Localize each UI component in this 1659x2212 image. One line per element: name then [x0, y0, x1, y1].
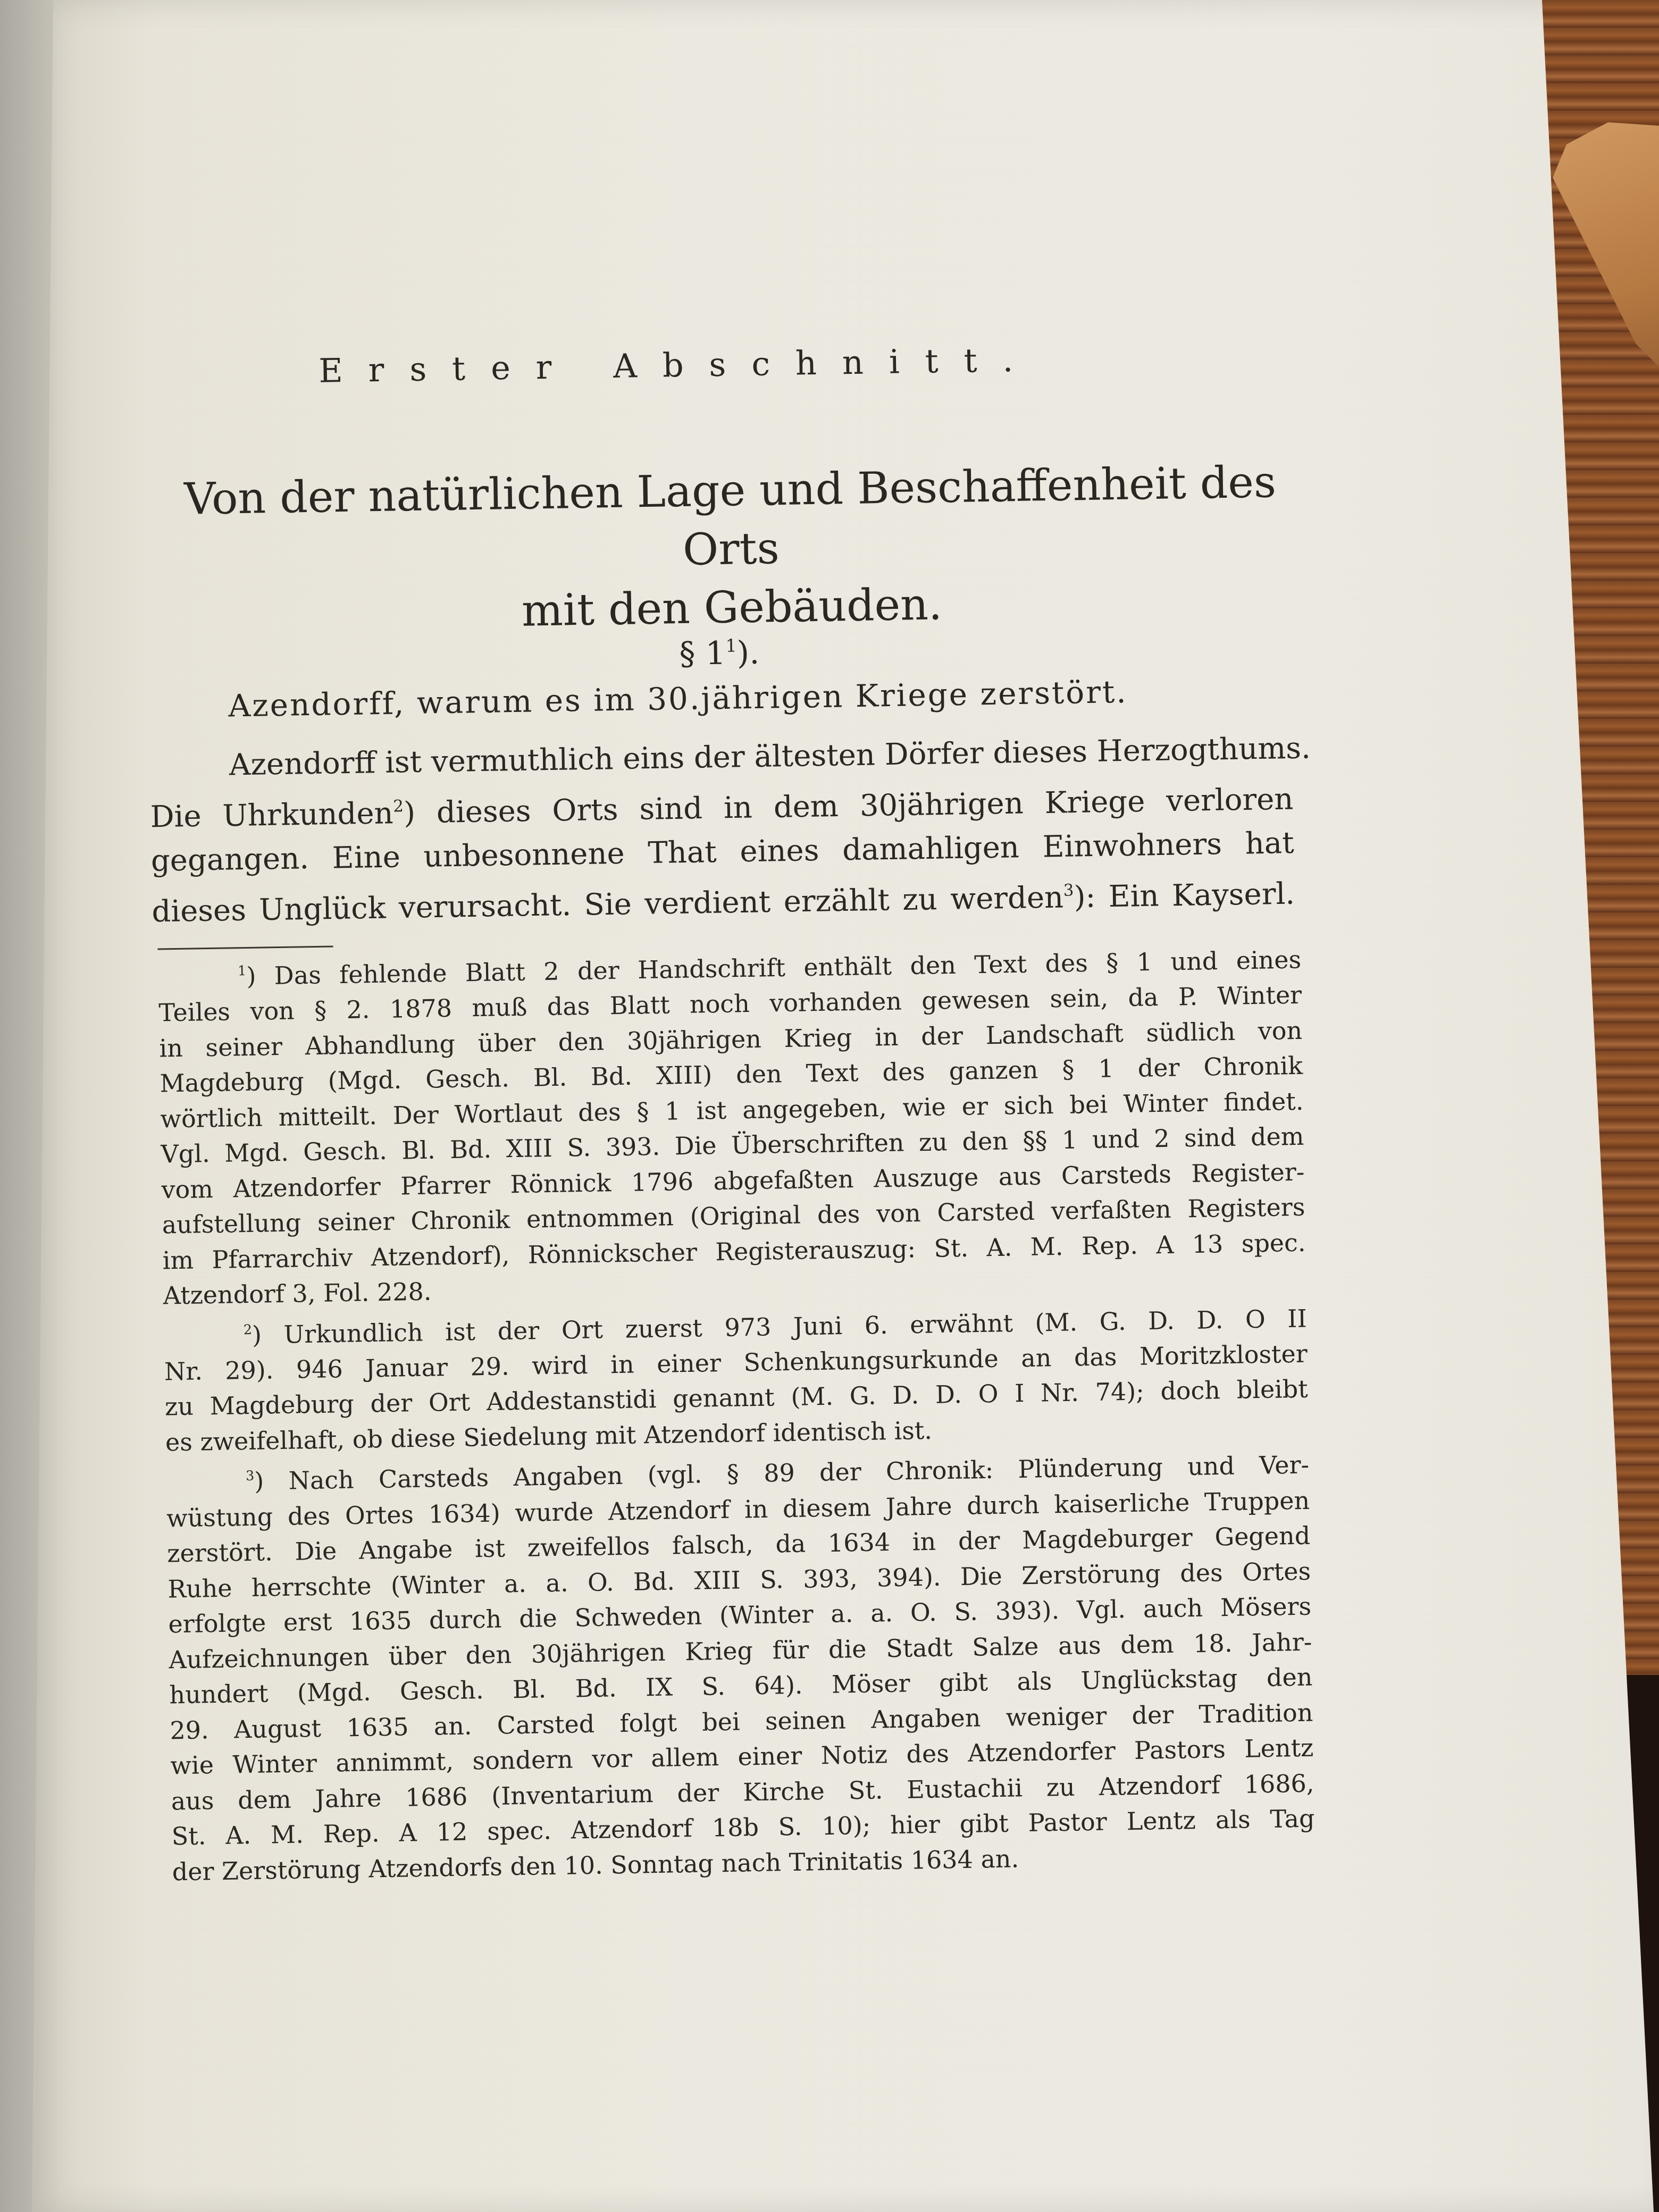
chapter-heading-line: Von der natürlichen Lage und Beschaffenh…	[171, 453, 1289, 588]
chapter-heading: Von der natürlichen Lage und Beschaffenh…	[171, 453, 1291, 646]
footnote-ref: 2	[393, 797, 404, 816]
footnote-2: 2) Urkundlich ist der Ort zuerst 973 Jun…	[163, 1295, 1309, 1460]
book-page: Erster Abschnitt. Von der natürlichen La…	[32, 0, 1654, 2212]
footnotes: 1) Das fehlende Blatt 2 der Handschrift …	[158, 937, 1316, 1890]
footnote-separator	[157, 945, 333, 950]
paragraph-heading: Azendorff, warum es im 30.jährigen Krieg…	[228, 671, 1292, 724]
paragraph-suffix: ).	[736, 634, 760, 672]
footnote-marker: 1	[238, 963, 247, 978]
paragraph-number: § 1	[679, 635, 726, 673]
body-text-segment: ): Ein Kayserl.	[1074, 876, 1295, 915]
page-content: Erster Abschnitt. Von der natürlichen La…	[138, 0, 1281, 9]
footnote-ref: 1	[725, 635, 737, 656]
footnote-marker: 2	[244, 1322, 253, 1337]
footnote-3: 3) Nach Carsteds Angaben (vgl. § 89 der …	[166, 1442, 1316, 1889]
body-text: Azendorff ist vermuthlich eins der ältes…	[149, 727, 1295, 934]
footnote-1: 1) Das fehlende Blatt 2 der Handschrift …	[158, 937, 1306, 1313]
section-title: Erster Abschnitt.	[319, 338, 1170, 390]
body-text-segment: Die Uhrkunden	[150, 796, 393, 834]
body-text-segment: dieses Unglück verursacht. Sie verdient …	[152, 880, 1064, 929]
footnote-ref: 3	[1063, 881, 1074, 900]
footnote-marker: 3	[246, 1468, 255, 1484]
